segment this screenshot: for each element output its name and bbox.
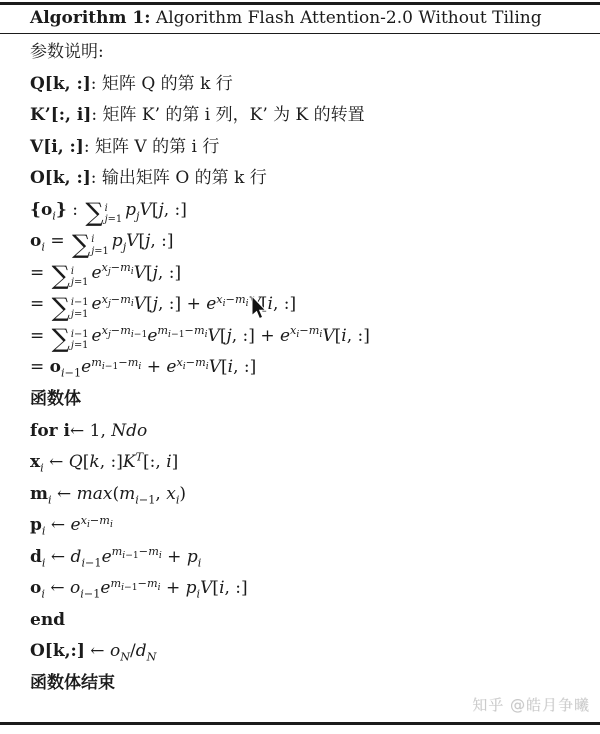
line-for: for i← 1, Ndo: [30, 416, 596, 448]
algorithm-document: Algorithm 1: Algorithm Flash Attention-2…: [0, 0, 600, 734]
line-oi-eq: oi = ∑ij=1pjV[j, :]: [30, 226, 596, 258]
watermark-text: 知乎 @皓月争曦: [472, 694, 590, 715]
line-output: O[k,:] ← oN/dN: [30, 636, 596, 668]
line-x-assign: xi ← Q[k, :]KT[:, i]: [30, 447, 596, 479]
line-m-assign: mi ← max(mi−1, xi): [30, 479, 596, 511]
line-oi-def: {oi} : ∑ij=1pjV[j, :]: [30, 195, 596, 227]
sum-symbol: ∑ij=1: [72, 234, 109, 257]
title-divider-rule: [0, 33, 600, 34]
line-end: end: [30, 605, 596, 637]
line-o-assign: oi ← oi−1emi−1−mi + piV[i, :]: [30, 573, 596, 605]
line-p-assign: pi ← exi−mi: [30, 510, 596, 542]
line-expand-4: = oi−1emi−1−mi + exi−miV[i, :]: [30, 352, 596, 384]
line-o-desc: O[k, :]: 输出矩阵 O 的第 k 行: [30, 163, 596, 195]
sum-symbol: ∑i−1j=1: [52, 297, 89, 320]
line-v-desc: V[i, :]: 矩阵 V 的第 i 行: [30, 132, 596, 164]
line-func-header: 函数体: [30, 384, 596, 416]
line-expand-2: = ∑i−1j=1exj−miV[j, :] + exi−miV[i, :]: [30, 289, 596, 321]
line-param-header: 参数说明:: [30, 37, 596, 69]
line-d-assign: di ← di−1emi−1−mi + pi: [30, 542, 596, 574]
sum-symbol: ∑ij=1: [52, 266, 89, 289]
line-k-desc: K’[:, i]: 矩阵 K’ 的第 i 列，K’ 为 K 的转置: [30, 100, 596, 132]
algorithm-title: Algorithm 1: Algorithm Flash Attention-2…: [30, 5, 596, 31]
algorithm-body: 参数说明:Q[k, :]: 矩阵 Q 的第 k 行K’[:, i]: 矩阵 K’…: [30, 37, 596, 699]
line-q-desc: Q[k, :]: 矩阵 Q 的第 k 行: [30, 69, 596, 101]
line-expand-1: = ∑ij=1exj−miV[j, :]: [30, 258, 596, 290]
bottom-rule: [0, 722, 600, 725]
sum-symbol: ∑ij=1: [85, 203, 122, 226]
mouse-cursor-icon: [250, 295, 268, 321]
line-expand-3: = ∑i−1j=1exj−mi−1emi−1−miV[j, :] + exi−m…: [30, 321, 596, 353]
sum-symbol: ∑i−1j=1: [52, 329, 89, 352]
